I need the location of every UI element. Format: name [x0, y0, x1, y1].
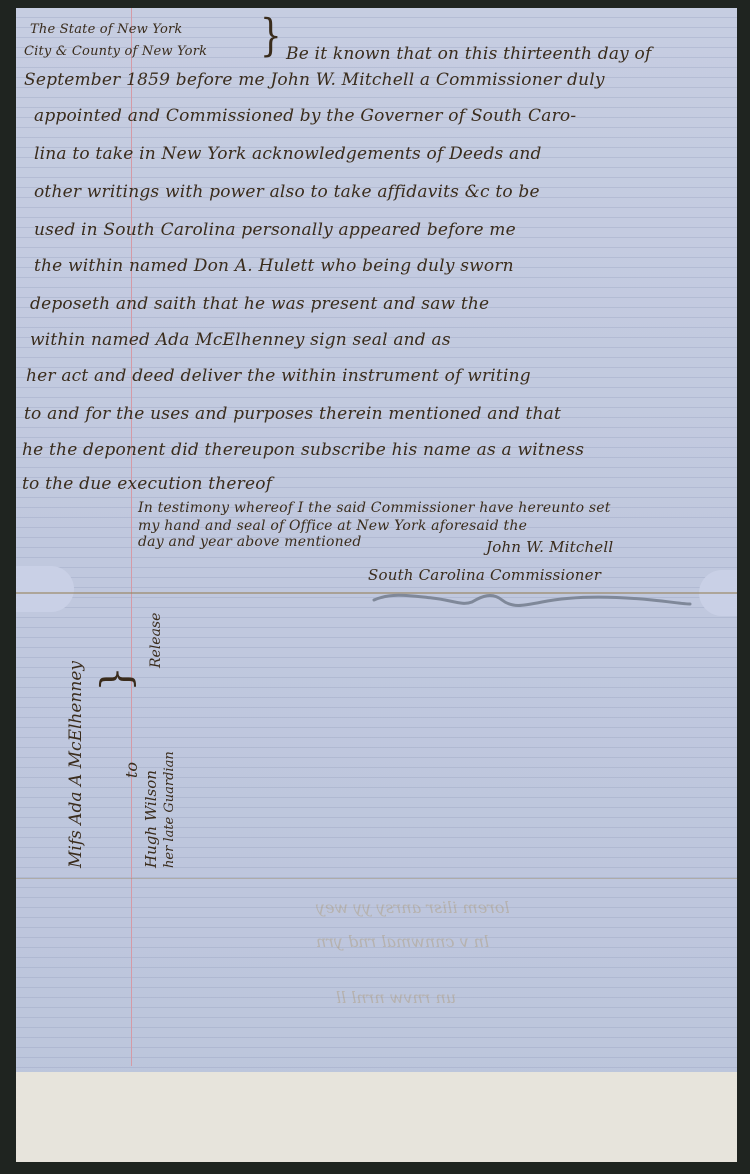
docket-brace: }: [94, 666, 140, 691]
signature-name: John W. Mitchell: [486, 538, 613, 556]
docket-to-role: her late Guardian: [162, 751, 177, 868]
caption-county: City & County of New York: [24, 44, 207, 59]
document-sheet: The State of New York City & County of N…: [16, 8, 737, 1156]
bleed-through-text: un rnvw nrnl ll: [336, 988, 456, 1007]
bleed-through-text: ln v cnnwmal rnd yrn: [316, 932, 489, 951]
docket-connector: to: [122, 762, 141, 778]
body-line: appointed and Commissioned by the Govern…: [34, 106, 576, 126]
caption-state: The State of New York: [30, 22, 182, 37]
testimonium-line: In testimony whereof I the said Commissi…: [138, 500, 611, 516]
signature-title: South Carolina Commissioner: [368, 566, 601, 584]
testimonium-line: my hand and seal of Office at New York a…: [138, 518, 527, 534]
body-line: other writings with power also to take a…: [34, 182, 540, 202]
docket-from: Mifs Ada A McElhenney: [66, 661, 86, 868]
paper-bottom-strip: [16, 1072, 737, 1162]
body-line: her act and deed deliver the within inst…: [26, 366, 531, 386]
body-line: used in South Carolina personally appear…: [34, 220, 516, 240]
caption-brace: }: [260, 10, 282, 62]
body-line: lina to take in New York acknowledgement…: [34, 144, 542, 164]
margin-rule: [131, 8, 132, 1066]
body-line: to and for the uses and purposes therein…: [24, 404, 561, 424]
body-line: the within named Don A. Hulett who being…: [34, 256, 514, 276]
body-line: to the due execution thereof: [22, 474, 272, 494]
body-line: deposeth and saith that he was present a…: [30, 294, 489, 314]
testimonium-line: day and year above mentioned: [138, 534, 361, 550]
bleed-through-text: lorem ilisr anrsy yy wey: [316, 898, 510, 917]
pencil-flourish: [372, 586, 692, 616]
docket-subject: Release: [148, 613, 164, 668]
body-line: within named Ada McElhenney sign seal an…: [30, 330, 451, 350]
fold-line-middle: [16, 878, 737, 879]
binding-hole-left: [16, 566, 74, 612]
body-line: September 1859 before me John W. Mitchel…: [24, 70, 605, 90]
body-line: Be it known that on this thirteenth day …: [286, 44, 651, 64]
docket-to: Hugh Wilson: [142, 770, 160, 868]
body-line: he the deponent did thereupon subscribe …: [22, 440, 584, 460]
